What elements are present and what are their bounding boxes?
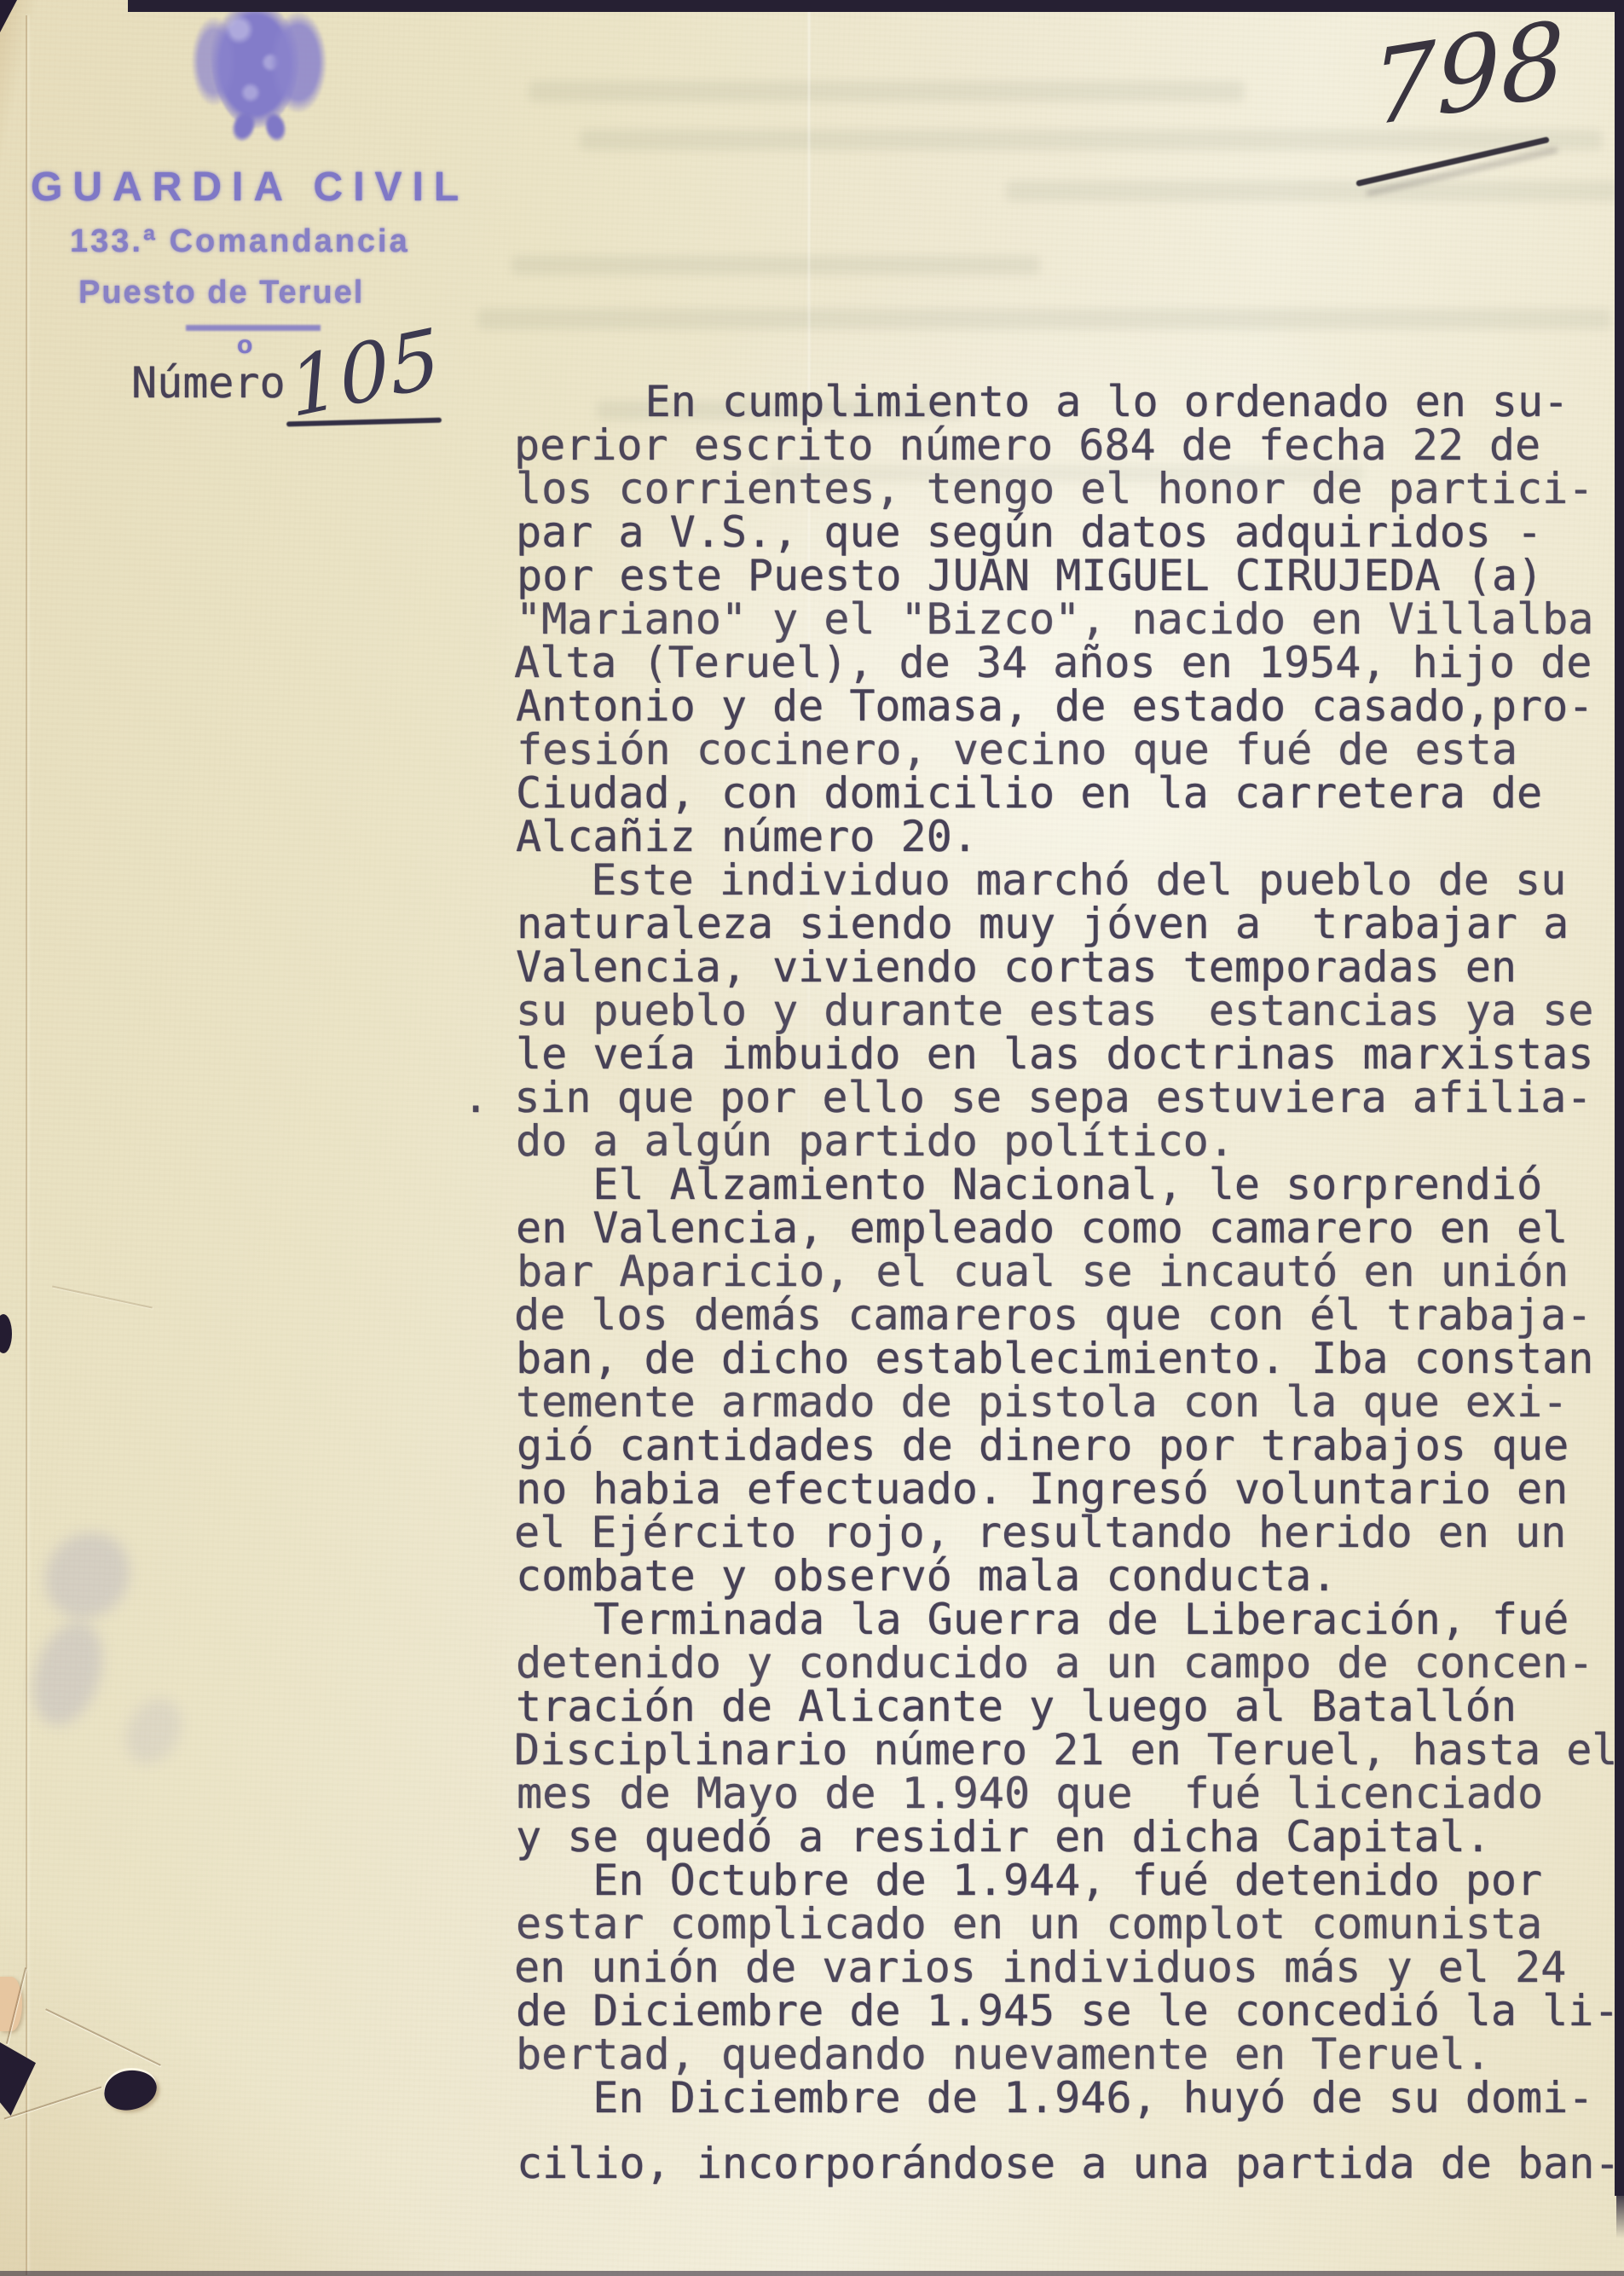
edge-notch xyxy=(0,1314,12,1353)
typed-line: ban, de dicho establecimiento. Iba const… xyxy=(516,1337,1619,1381)
typed-line: los corrientes, tengo el honor de partic… xyxy=(516,467,1619,511)
typed-line: gió cantidades de dinero por trabajos qu… xyxy=(517,1424,1620,1468)
typed-line: le veía imbuido en las doctrinas marxist… xyxy=(516,1033,1619,1076)
typed-line: . sin que por ello se sepa estuviera afi… xyxy=(463,1076,1617,1120)
typed-line: Disciplinario número 21 en Teruel, hasta… xyxy=(514,1729,1617,1772)
bleed-through-mark xyxy=(477,309,1611,329)
scan-edge-corner xyxy=(0,0,17,32)
document-number-label: Número xyxy=(131,358,286,408)
eagle-emblem-stamp xyxy=(192,2,327,147)
typed-line: de los demás camareros que con él trabaj… xyxy=(514,1294,1617,1337)
typed-line: naturaleza siendo muy jóven a trabajar a xyxy=(517,902,1620,946)
typed-line: En cumplimiento a lo ordenado en su- xyxy=(517,380,1620,424)
typed-line: en unión de varios individuos más y el 2… xyxy=(514,1946,1617,1989)
typed-line: tración de Alicante y luego al Batallón xyxy=(516,1685,1619,1729)
stamp-puesto: Puesto de Teruel xyxy=(78,275,364,311)
scanned-document-page: GUARDIA CIVIL 133.ª Comandancia Puesto d… xyxy=(0,0,1624,2276)
typed-line: El Alzamiento Nacional, le sorprendió xyxy=(516,1163,1619,1207)
typed-line: bertad, quedando nuevamente en Teruel. xyxy=(516,2033,1619,2076)
bleed-through-mark xyxy=(511,256,1040,275)
typed-report-body: En cumplimiento a lo ordenado en su-peri… xyxy=(516,380,1619,2186)
typed-line: "Mariano" y el "Bizco", nacido en Villal… xyxy=(516,598,1619,641)
typed-line: estar complicado en un complot comunista xyxy=(516,1902,1619,1946)
scan-edge-right-fade xyxy=(1616,2187,1624,2238)
typed-line: cilio, incorporándose a una partida de b… xyxy=(517,2142,1620,2186)
bleed-through-mark xyxy=(529,81,1245,101)
typed-line: par a V.S., que según datos adquiridos - xyxy=(516,511,1619,554)
typed-line: bar Aparicio, el cual se incautó en unió… xyxy=(517,1250,1620,1294)
typed-line: En Octubre de 1.944, fué detenido por xyxy=(516,1859,1619,1902)
typed-line: en Valencia, empleado como camarero en e… xyxy=(516,1207,1619,1250)
typed-line: de Diciembre de 1.945 se le concedió la … xyxy=(516,1989,1619,2033)
stamp-comandancia: 133.ª Comandancia xyxy=(70,223,410,260)
typed-line: Este individuo marchó del pueblo de su xyxy=(514,859,1617,902)
bleed-through-mark xyxy=(1006,181,1620,201)
typed-line: fesión cocinero, vecino que fué de esta xyxy=(517,728,1620,772)
ink-smudge xyxy=(114,1688,193,1773)
typed-line: el Ejército rojo, resultando herido en u… xyxy=(514,1511,1617,1555)
typed-line: Alcañiz número 20. xyxy=(516,815,1619,859)
typed-line: combate y observó mala conducta. xyxy=(516,1555,1619,1598)
stamp-separator-rule xyxy=(186,325,321,331)
stamp-org-name: GUARDIA CIVIL xyxy=(31,164,469,211)
scan-edge-right xyxy=(1615,0,1624,2196)
typed-line: por este Puesto JUAN MIGUEL CIRUJEDA (a) xyxy=(517,554,1620,598)
typed-line: Valencia, viviendo cortas temporadas en xyxy=(516,946,1619,989)
ink-smudge xyxy=(27,1515,147,1636)
typed-line: Terminada la Guerra de Liberación, fué xyxy=(517,1598,1620,1642)
scan-edge-bottom xyxy=(0,2271,1624,2276)
typed-line: Ciudad, con domicilio en la carretera de xyxy=(516,772,1619,815)
left-fold-crease xyxy=(26,15,27,2275)
typed-line: y se quedó a residir en dicha Capital. xyxy=(516,1816,1619,1859)
typed-line: En Diciembre de 1.946, huyó de su domi- xyxy=(516,2076,1619,2120)
typed-line: mes de Mayo de 1.940 que fué licenciado xyxy=(517,1772,1620,1816)
typed-line: Alta (Teruel), de 34 años en 1954, hijo … xyxy=(514,641,1617,685)
ink-smudge xyxy=(21,1613,115,1734)
typed-line: su pueblo y durante estas estancias ya s… xyxy=(516,989,1619,1033)
typed-line: detenido y conducido a un campo de conce… xyxy=(516,1642,1619,1685)
handwritten-folio-number: 798 xyxy=(1371,0,1566,150)
typed-line: perior escrito número 684 de fecha 22 de xyxy=(514,424,1617,467)
tear-crack xyxy=(52,1286,153,1309)
scan-edge-top xyxy=(128,0,1624,12)
stamp-separator-mark: o xyxy=(237,331,252,360)
typed-line: Antonio y de Tomasa, de estado casado,pr… xyxy=(516,685,1619,728)
typed-line: temente armado de pistola con la que exi… xyxy=(516,1381,1619,1424)
typed-line: do a algún partido político. xyxy=(516,1120,1619,1163)
typed-line: no habia efectuado. Ingresó voluntario e… xyxy=(516,1468,1619,1511)
